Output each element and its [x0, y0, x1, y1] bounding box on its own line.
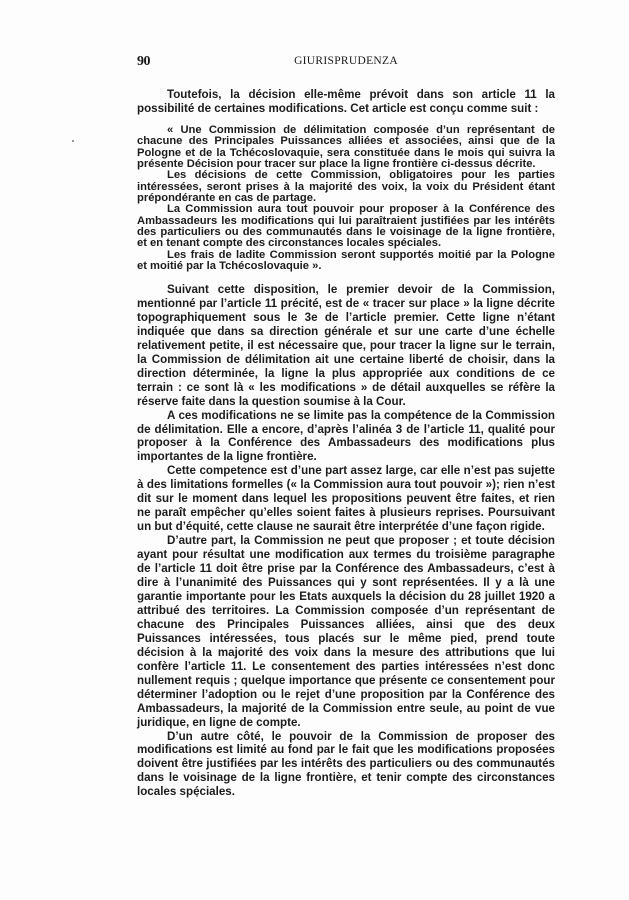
body-paragraph: D’un autre côté, le pouvoir de la Commis…: [137, 730, 555, 800]
running-head: GIURISPRUDENZA: [137, 55, 555, 67]
body-paragraph: A ces modifications ne se limite pas la …: [137, 409, 555, 465]
body-paragraph: Suivant cette disposition, le premier de…: [137, 283, 555, 409]
intro-section: Toutefois, la décision elle-même prévoit…: [137, 88, 555, 116]
intro-paragraph: Toutefois, la décision elle-même prévoit…: [137, 88, 555, 116]
document-page: 90 GIURISPRUDENZA Toutefois, la décision…: [0, 0, 629, 900]
body-paragraph: Cette competence est d’une part assez la…: [137, 464, 555, 534]
quote-paragraph: « Une Commission de délimitation composé…: [137, 125, 555, 170]
quote-paragraph: La Commission aura tout pouvoir pour pro…: [137, 204, 555, 249]
page-header: 90 GIURISPRUDENZA: [137, 54, 555, 70]
quote-paragraph: Les frais de ladite Commission seront su…: [137, 250, 555, 273]
scan-speck: [196, 795, 198, 797]
quote-paragraph: Les décisions de cette Commission, oblig…: [137, 170, 555, 204]
body-text: Suivant cette disposition, le premier de…: [137, 283, 555, 799]
scan-speck: [72, 140, 74, 142]
body-paragraph: D’autre part, la Commission ne peut que …: [137, 534, 555, 729]
quoted-article: « Une Commission de délimitation composé…: [137, 125, 555, 272]
